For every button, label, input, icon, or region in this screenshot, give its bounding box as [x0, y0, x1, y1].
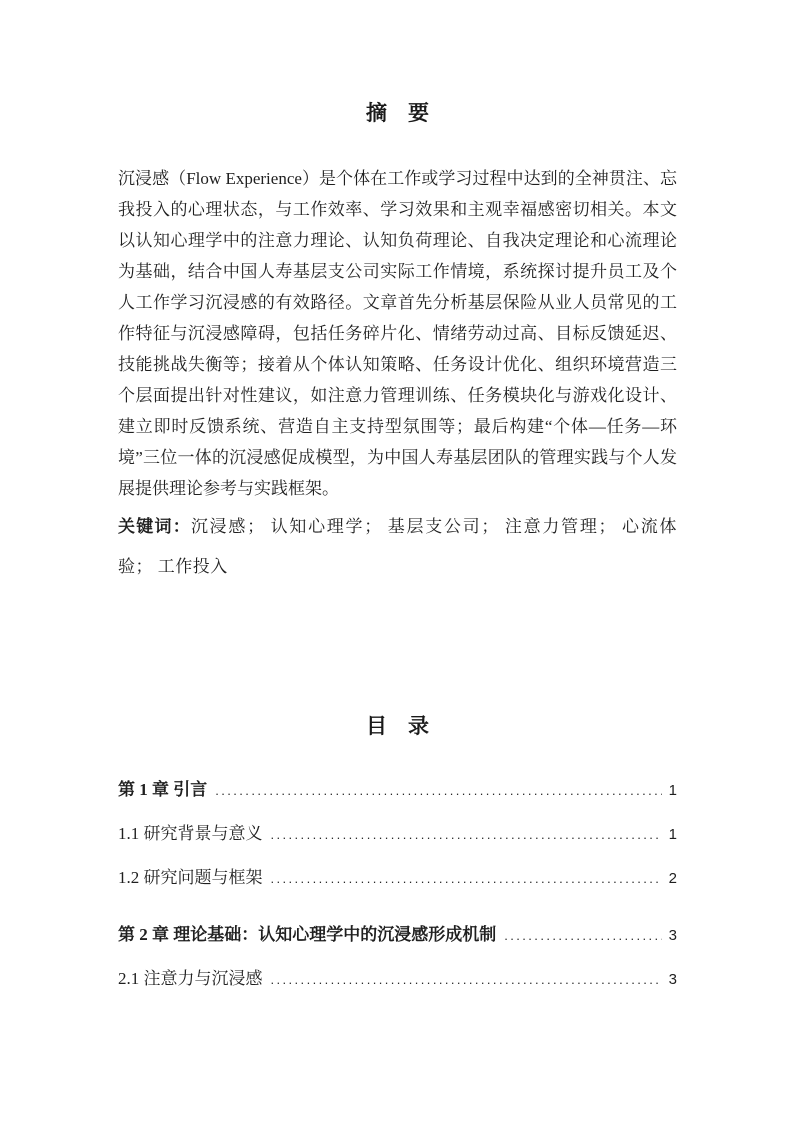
toc-entry-section-2-1[interactable]: 2.1 注意力与沉浸感 3: [118, 968, 677, 990]
document-page: 摘 要 沉浸感（Flow Experience）是个体在工作或学习过程中达到的全…: [0, 0, 793, 1122]
toc-entry-label: 1.2 研究问题与框架: [118, 867, 263, 888]
toc-entry-chapter-2[interactable]: 第 2 章 理论基础：认知心理学中的沉浸感形成机制 3: [118, 924, 677, 946]
toc-dot-leader: [504, 925, 661, 946]
page-content: 摘 要 沉浸感（Flow Experience）是个体在工作或学习过程中达到的全…: [118, 0, 677, 990]
toc-entry-label: 第 2 章 理论基础：认知心理学中的沉浸感形成机制: [118, 924, 496, 945]
toc-dot-leader: [215, 780, 661, 801]
toc-dot-leader: [271, 824, 662, 845]
toc-entry-page-number: 1: [669, 780, 677, 801]
keywords-text: 沉浸感； 认知心理学； 基层支公司； 注意力管理； 心流体验； 工作投入: [118, 517, 677, 576]
toc-entry-label: 第 1 章 引言: [118, 779, 207, 800]
toc-entry-section-1-1[interactable]: 1.1 研究背景与意义 1: [118, 823, 677, 845]
keywords-line: 关键词：沉浸感； 认知心理学； 基层支公司； 注意力管理； 心流体验； 工作投入: [118, 507, 677, 587]
toc-entry-section-1-2[interactable]: 1.2 研究问题与框架 2: [118, 867, 677, 889]
toc-entry-page-number: 3: [669, 925, 677, 946]
toc-entry-label: 2.1 注意力与沉浸感: [118, 968, 263, 989]
abstract-title: 摘 要: [118, 0, 677, 126]
keywords-label: 关键词：: [118, 517, 191, 536]
toc-entry-page-number: 3: [669, 969, 677, 990]
toc-entry-label: 1.1 研究背景与意义: [118, 823, 263, 844]
abstract-paragraph: 沉浸感（Flow Experience）是个体在工作或学习过程中达到的全神贯注、…: [118, 163, 677, 504]
toc-dot-leader: [271, 969, 662, 990]
toc-entry-chapter-1[interactable]: 第 1 章 引言 1: [118, 779, 677, 801]
toc-entry-page-number: 2: [669, 868, 677, 889]
toc-dot-leader: [271, 868, 662, 889]
toc-title: 目 录: [118, 713, 677, 739]
toc-list: 第 1 章 引言 1 1.1 研究背景与意义 1 1.2 研究问题与框架 2 第…: [118, 779, 677, 990]
toc-entry-page-number: 1: [669, 824, 677, 845]
